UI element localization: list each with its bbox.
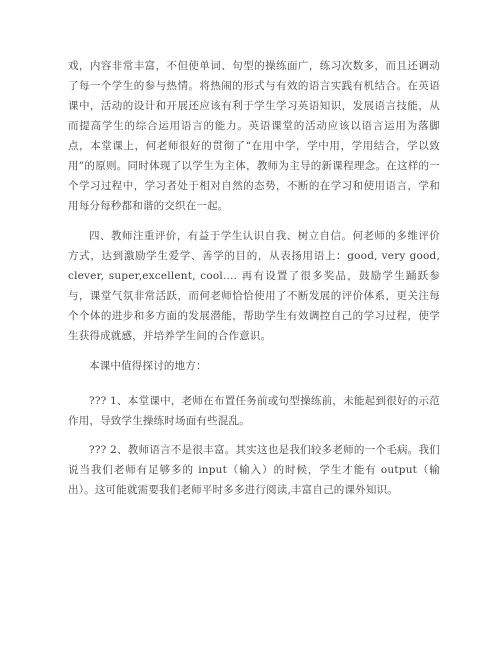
paragraph-issue-2: ??? 2、教师语言不是很丰富。其实这也是我们较多老师的一个毛病。我们说当我们老… [68, 440, 440, 500]
document-text-block: 戏，内容非常丰富，不但使单词、句型的操练面广，练习次数多，而且还调动了每一个学生… [68, 56, 440, 500]
document-page: 戏，内容非常丰富，不但使单词、句型的操练面广，练习次数多，而且还调动了每一个学生… [0, 0, 500, 647]
paragraph-continuation: 戏，内容非常丰富，不但使单词、句型的操练面广，练习次数多，而且还调动了每一个学生… [68, 56, 440, 216]
paragraph-point-four: 四、教师注重评价，有益于学生认识自我、树立自信。何老师的多维评价方式，达到激励学… [68, 226, 440, 346]
paragraph-issue-1: ??? 1、本堂课中，老师在布置任务前或句型操练前，未能起到很好的示范作用，导致… [68, 391, 440, 431]
heading-discussion: 本课中值得探讨的地方： [68, 356, 440, 376]
